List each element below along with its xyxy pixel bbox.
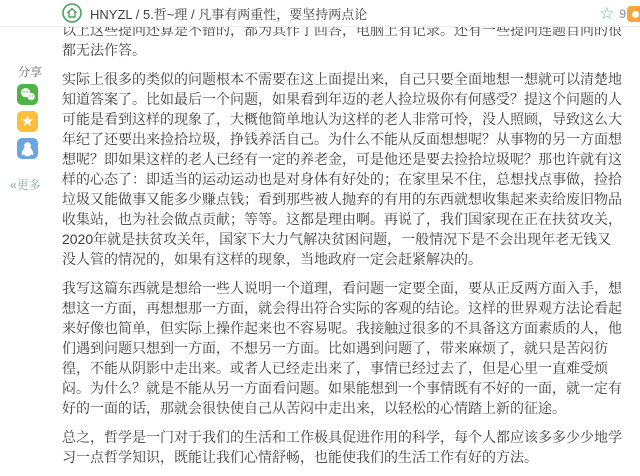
home-icon[interactable] bbox=[62, 3, 82, 23]
page-title-breadcrumb[interactable]: HNYZL / 5.哲~理 / 凡事有两重性，要坚持两点论 bbox=[90, 4, 367, 23]
top-header: HNYZL / 5.哲~理 / 凡事有两重性，要坚持两点论 ☆ 9 bbox=[0, 0, 640, 27]
share-label: 分享 bbox=[18, 63, 42, 80]
paragraph: 我写这篇东西就是想给一些人说明一个道理，看问题一定要全面，要从正反两方面入手，想… bbox=[62, 278, 622, 418]
qq-penguin-icon bbox=[20, 141, 35, 157]
share-dot-icon bbox=[632, 11, 639, 18]
paragraph: 实际上很多的类似的问题根本不需要在这上面提出来，自己只要全面地想一想就可以清楚地… bbox=[62, 69, 622, 269]
qq-share-button[interactable] bbox=[17, 138, 38, 159]
favorite-star-icon[interactable]: ☆ bbox=[599, 5, 614, 22]
share-icon-clipped[interactable] bbox=[627, 6, 640, 22]
wechat-icon bbox=[19, 87, 36, 102]
paragraph: 总之，哲学是一门对于我们的生活和工作极具促进作用的科学，每个人都应该多多少少地学… bbox=[62, 427, 622, 454]
qzone-share-button[interactable]: ★ bbox=[17, 111, 38, 132]
share-more-link[interactable]: «更多 bbox=[10, 176, 41, 193]
share-panel: 分享 ★ «更多 bbox=[0, 27, 58, 447]
qzone-star-icon: ★ bbox=[21, 114, 34, 129]
paragraph-line: 都无法作答。 bbox=[62, 40, 622, 60]
article-body: 以上这些提问还算是不错的，都为其作了回答，电脑上有记录。还有一些提问连题目问的很… bbox=[62, 20, 622, 454]
wechat-share-button[interactable] bbox=[17, 84, 38, 105]
favorite-count: 9 bbox=[619, 7, 626, 21]
